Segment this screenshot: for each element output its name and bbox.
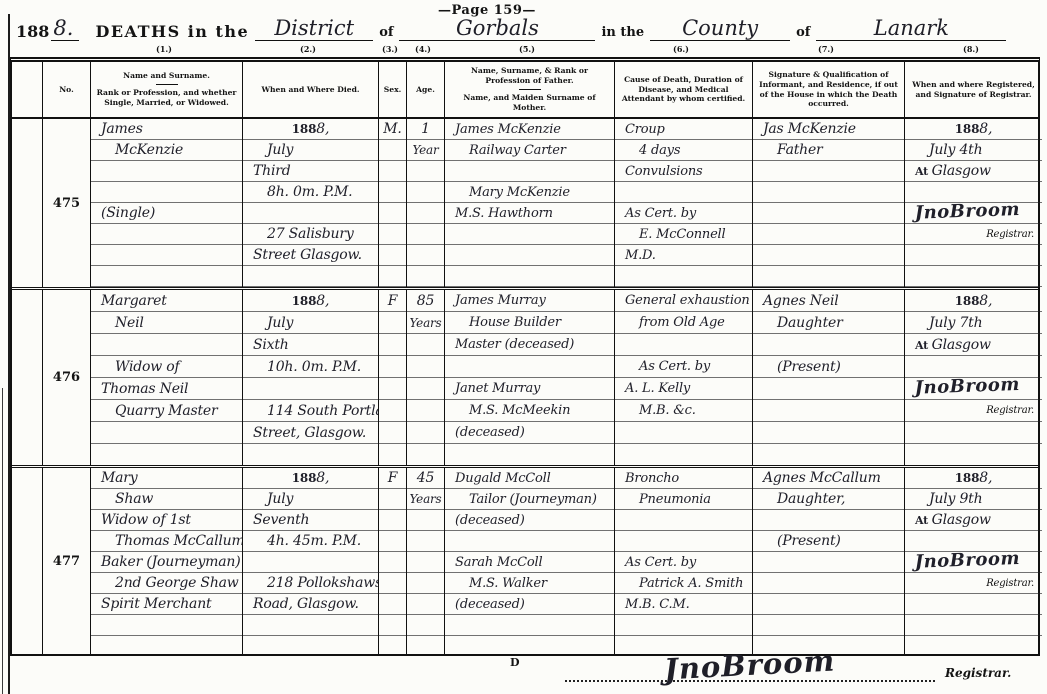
entry-line: Jas McKenzie [753, 119, 904, 140]
col-num-4: (4.) [404, 44, 442, 57]
entry-line: JnoBroom [904, 547, 1042, 573]
name-cell: JamesMcKenzie(Single) [90, 119, 242, 287]
entry-line: July [243, 140, 378, 161]
entry-line: Year [407, 140, 444, 161]
entry-line: July 4th [905, 140, 1042, 161]
entry-line: (deceased) [445, 510, 614, 531]
father-cell: Dugald McCollTailor (Journeyman)(decease… [444, 468, 614, 654]
entry-line: Agnes McCallum [753, 468, 904, 489]
entry-line [753, 510, 904, 531]
entry-line: James Murray [445, 290, 614, 312]
registrar-signature: JnoBroom [664, 647, 837, 685]
entry-line: Thomas Neil [91, 378, 242, 400]
entry-line: Registrar. [905, 400, 1042, 422]
age-cell: 45Years [406, 468, 444, 654]
register-table: No. Name and Surname. Rank or Profession… [10, 57, 1040, 656]
entry-line: July 7th [905, 312, 1042, 334]
cause-cell: General exhaustionfrom Old AgeAs Cert. b… [614, 290, 752, 465]
sex-cell: F [378, 468, 406, 654]
entry-line: from Old Age [615, 312, 752, 334]
entry-line: 218 Pollokshaws [243, 573, 378, 594]
registered-cell: 1888,July 7thAt GlasgowJnoBroomRegistrar… [904, 290, 1042, 465]
county-name: Lanark [816, 17, 1006, 41]
table-row: 477MaryShawWidow of 1stThomas McCallumBa… [12, 465, 1038, 654]
entry-line: At Glasgow [905, 334, 1042, 356]
entry-line: (Present) [753, 531, 904, 552]
header-informant: Signature & Qualification of Informant, … [752, 62, 904, 117]
registrar-signature-block: JnoBroom Registrar. [565, 651, 1011, 682]
entry-line: House Builder [445, 312, 614, 334]
entry-line: F [379, 290, 406, 312]
entry-line: E. McConnell [615, 224, 752, 245]
entry-line [753, 334, 904, 356]
entry-line: Convulsions [615, 161, 752, 182]
entry-line: Patrick A. Smith [615, 573, 752, 594]
entry-line [445, 356, 614, 378]
father-cell: James McKenzieRailway CarterMary McKenzi… [444, 119, 614, 287]
year-field: 188 8. [16, 16, 79, 41]
column-number-strip: (1.) (2.) (3.) (4.) (5.) (6.) (7.) (8.) [10, 44, 1040, 57]
entry-line: Daughter, [753, 489, 904, 510]
entry-line [445, 161, 614, 182]
col-num-2: (2.) [240, 44, 376, 57]
table-header-row: No. Name and Surname. Rank or Profession… [12, 62, 1038, 119]
cause-cell: BronchoPneumoniaAs Cert. byPatrick A. Sm… [614, 468, 752, 654]
entry-line: Daughter [753, 312, 904, 334]
col-num-7: (7.) [750, 44, 902, 57]
entry-line: As Cert. by [615, 552, 752, 573]
age-cell: 85Years [406, 290, 444, 465]
entry-line: Baker (Journeyman) [91, 552, 242, 573]
entry-line: 1888, [243, 119, 378, 140]
col-num-5: (5.) [442, 44, 612, 57]
entry-line: July [243, 312, 378, 334]
margin-cell [12, 290, 42, 465]
entry-line [615, 510, 752, 531]
entry-line: Street, Glasgow. [243, 422, 378, 444]
age-cell: 1Year [406, 119, 444, 287]
entry-line: 8h. 0m. P.M. [243, 182, 378, 203]
register-title: 188 8. DEATHS in the District of Gorbals… [16, 16, 1038, 41]
entry-line: 1888, [243, 468, 378, 489]
entry-line: 1888, [905, 290, 1042, 312]
entry-line: 1888, [905, 468, 1042, 489]
entry-line: Sarah McColl [445, 552, 614, 573]
entry-line: (deceased) [445, 594, 614, 615]
informant-cell: Agnes McCallumDaughter,(Present) [752, 468, 904, 654]
table-row: 475JamesMcKenzie(Single)1888,JulyThird8h… [12, 119, 1038, 287]
entry-line: As Cert. by [615, 203, 752, 224]
entry-line: Father [753, 140, 904, 161]
entry-line: July 9th [905, 489, 1042, 510]
sex-cell: M. [378, 119, 406, 287]
name-cell: MaryShawWidow of 1stThomas McCallumBaker… [90, 468, 242, 654]
entry-line: Shaw [91, 489, 242, 510]
entry-line: JnoBroom [904, 198, 1042, 224]
entry-line: Road, Glasgow. [243, 594, 378, 615]
of-label-2: of [796, 25, 810, 41]
registered-cell: 1888,July 4thAt GlasgowJnoBroomRegistrar… [904, 119, 1042, 287]
entry-line [615, 531, 752, 552]
entry-line: M.S. McMeekin [445, 400, 614, 422]
entries: 475JamesMcKenzie(Single)1888,JulyThird8h… [12, 119, 1038, 654]
entry-line: Neil [91, 312, 242, 334]
entry-line: James McKenzie [445, 119, 614, 140]
entry-line: JnoBroom [904, 373, 1042, 400]
entry-line: McKenzie [91, 140, 242, 161]
entry-line: M.B. C.M. [615, 594, 752, 615]
entry-line [91, 182, 242, 203]
entry-line: Years [407, 489, 444, 510]
entry-line: Master (deceased) [445, 334, 614, 356]
entry-line: (deceased) [445, 422, 614, 444]
entry-line: (Single) [91, 203, 242, 224]
header-margin-cell [12, 62, 42, 117]
entry-line: 1888, [243, 290, 378, 312]
entry-line [445, 531, 614, 552]
entry-line: A. L. Kelly [615, 378, 752, 400]
district-word: District [255, 17, 373, 41]
col-num-8: (8.) [902, 44, 1040, 57]
entry-line: 4h. 45m. P.M. [243, 531, 378, 552]
sex-cell: F [378, 290, 406, 465]
entry-line: 85 [407, 290, 444, 312]
died-cell: 1888,JulyThird8h. 0m. P.M.27 SalisburySt… [242, 119, 378, 287]
name-cell: MargaretNeilWidow ofThomas NeilQuarry Ma… [90, 290, 242, 465]
entry-line: M.D. [615, 245, 752, 266]
entry-number: 476 [42, 290, 90, 465]
entry-line: Widow of [91, 356, 242, 378]
entry-line: M.S. Walker [445, 573, 614, 594]
signature-rule: JnoBroom [565, 651, 935, 682]
deaths-label: DEATHS in the [95, 22, 249, 41]
entry-line: Years [407, 312, 444, 334]
scan-edge-line [2, 388, 3, 694]
registrar-label: Registrar. [945, 666, 1011, 682]
header-registered: When and where Registered, and Signature… [904, 62, 1042, 117]
entry-line: Margaret [91, 290, 242, 312]
entry-line: Janet Murray [445, 378, 614, 400]
entry-line: Railway Carter [445, 140, 614, 161]
entry-line: Mary [91, 468, 242, 489]
entry-line: Tailor (Journeyman) [445, 489, 614, 510]
death-register-page: —Page 159— 188 8. DEATHS in the District… [0, 0, 1047, 694]
entry-line [91, 161, 242, 182]
header-father: Name, Surname, & Rank or Profession of F… [444, 62, 614, 117]
in-the-label: in the [601, 25, 644, 41]
entry-line: Street Glasgow. [243, 245, 378, 266]
entry-number: 477 [42, 468, 90, 654]
entry-line: July [243, 489, 378, 510]
entry-line: At Glasgow [905, 510, 1042, 531]
of-label: of [379, 25, 393, 41]
table-row: 476MargaretNeilWidow ofThomas NeilQuarry… [12, 287, 1038, 465]
header-sex: Sex. [378, 62, 406, 117]
entry-line: M.B. &c. [615, 400, 752, 422]
died-cell: 1888,JulySixth10h. 0m. P.M.114 South Por… [242, 290, 378, 465]
entry-line: At Glasgow [905, 161, 1042, 182]
entry-line: Agnes Neil [753, 290, 904, 312]
header-age: Age. [406, 62, 444, 117]
entry-line: 1 [407, 119, 444, 140]
header-name: Name and Surname. Rank or Profession, an… [90, 62, 242, 117]
header-no: No. [42, 62, 90, 117]
entry-line: As Cert. by [615, 356, 752, 378]
entry-line: (Present) [753, 356, 904, 378]
county-word: County [650, 17, 790, 41]
page-footer: D JnoBroom Registrar. [10, 653, 1040, 693]
col-num-6: (6.) [612, 44, 750, 57]
header-cause: Cause of Death, Duration of Disease, and… [614, 62, 752, 117]
entry-line: 114 South Portland [243, 400, 378, 422]
col-num-1: (1.) [88, 44, 240, 57]
entry-line: 4 days [615, 140, 752, 161]
entry-line [243, 552, 378, 573]
entry-line [243, 378, 378, 400]
entry-line: M.S. Hawthorn [445, 203, 614, 224]
entry-line: Dugald McColl [445, 468, 614, 489]
entry-line: 27 Salisbury [243, 224, 378, 245]
entry-line: Registrar. [905, 573, 1042, 594]
entry-line: Mary McKenzie [445, 182, 614, 203]
died-cell: 1888,JulySeventh4h. 45m. P.M.218 Polloks… [242, 468, 378, 654]
header-died: When and Where Died. [242, 62, 378, 117]
col-num-3: (3.) [376, 44, 404, 57]
margin-cell [12, 468, 42, 654]
informant-cell: Jas McKenzieFather [752, 119, 904, 287]
entry-number: 475 [42, 119, 90, 287]
entry-line: Registrar. [905, 224, 1042, 245]
entry-line: 1888, [905, 119, 1042, 140]
registered-cell: 1888,July 9thAt GlasgowJnoBroomRegistrar… [904, 468, 1042, 654]
entry-line: General exhaustion [615, 290, 752, 312]
entry-line: Third [243, 161, 378, 182]
entry-line: Croup [615, 119, 752, 140]
entry-line [615, 182, 752, 203]
year-handwritten: 8. [51, 16, 79, 41]
informant-cell: Agnes NeilDaughter(Present) [752, 290, 904, 465]
entry-line [91, 334, 242, 356]
entry-line: 10h. 0m. P.M. [243, 356, 378, 378]
father-cell: James MurrayHouse BuilderMaster (decease… [444, 290, 614, 465]
entry-line: Broncho [615, 468, 752, 489]
entry-line [615, 334, 752, 356]
entry-line [243, 203, 378, 224]
entry-line: 2nd George Shaw [91, 573, 242, 594]
plate-mark: D [510, 656, 520, 669]
entry-line: Quarry Master [91, 400, 242, 422]
entry-line: M. [379, 119, 406, 140]
entry-line: F [379, 468, 406, 489]
entry-line: Seventh [243, 510, 378, 531]
entry-line: Widow of 1st [91, 510, 242, 531]
year-printed: 188 [16, 22, 49, 41]
entry-line: Thomas McCallum [91, 531, 242, 552]
entry-line: Pneumonia [615, 489, 752, 510]
cause-cell: Croup4 daysConvulsionsAs Cert. byE. McCo… [614, 119, 752, 287]
entry-line: James [91, 119, 242, 140]
margin-cell [12, 119, 42, 287]
entry-line: Sixth [243, 334, 378, 356]
entry-line: 45 [407, 468, 444, 489]
entry-line: Spirit Merchant [91, 594, 242, 615]
district-name: Gorbals [399, 17, 595, 41]
